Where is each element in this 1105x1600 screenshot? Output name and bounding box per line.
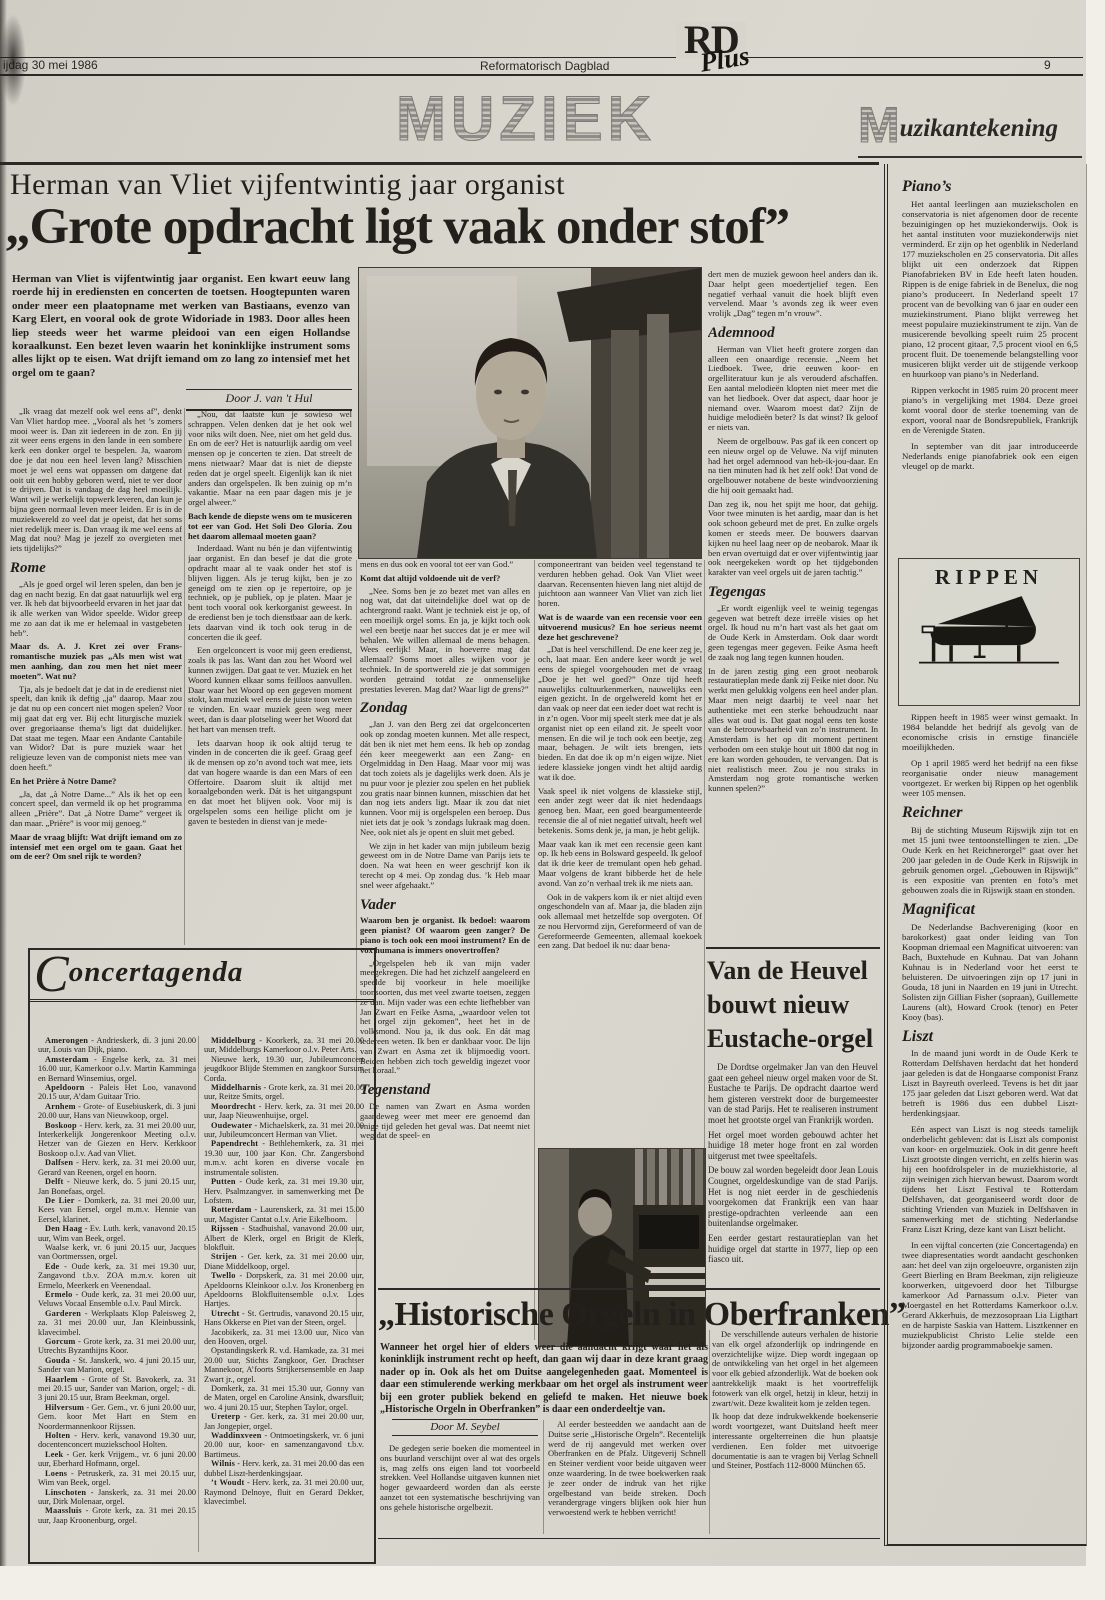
agenda-entry: Ermelo - Oude kerk, za. 31 mei 20.00 uur… <box>38 1290 196 1309</box>
oberfranken-rule-top <box>378 1288 880 1290</box>
agenda-entry: Opstandingskerk R. v.d. Hamkade, za. 31 … <box>204 1346 364 1384</box>
concertagenda-box: Concertagenda Amerongen - Andrieskerk, d… <box>28 948 376 1564</box>
agenda-entry: Haarlem - Grote of St. Bavokerk, za. 31 … <box>38 1375 196 1403</box>
rippen-ad: RIPPEN <box>898 558 1080 706</box>
agenda-entry: Den Haag - Ev. Luth. kerk, vanavond 20.1… <box>38 1224 196 1243</box>
body-paragraph: Neem de orgelbouw. Pas gaf ik een concer… <box>708 437 878 496</box>
masthead-newspaper-name: Reformatorisch Dagblad <box>480 59 609 73</box>
muziekantekening-logo: Muzikantekening <box>858 96 1082 158</box>
agenda-entry: Ureterp - Ger. kerk, za. 31 mei 20.00 uu… <box>204 1412 364 1431</box>
article-intro: Herman van Vliet is vijfentwintig jaar o… <box>12 273 350 383</box>
body-paragraph: Ik hoop dat deze indrukwekkende boekense… <box>712 1412 878 1471</box>
article-column-1: „Ik vraag dat mezelf ook wel eens af”, d… <box>10 407 182 945</box>
body-paragraph: Dan zeg ik, nou het spijt me hoor, dat g… <box>708 500 878 578</box>
agenda-entry: Middelharnis - Grote kerk, za. 31 mei 20… <box>204 1083 364 1102</box>
agenda-entry: Hilversum - Ger. Gem., vr. 6 juni 20.00 … <box>38 1403 196 1431</box>
heuvel-title-line: bouwt nieuw <box>707 988 873 1022</box>
body-paragraph: Het orgel moet worden gebouwd achter het… <box>708 1130 878 1162</box>
body-paragraph: Iets daarvan hoop ik ook altijd terug te… <box>188 739 352 827</box>
body-paragraph: De namen van Zwart en Asma worden gaande… <box>360 1102 530 1141</box>
agenda-entry: Wilnis - Herv. kerk, za. 31 mei 20.00 da… <box>204 1459 364 1478</box>
oberfranken-column-a: De gedegen serie boeken die momenteel in… <box>380 1444 540 1534</box>
interview-question: Bach kende de diepste wens om te musicer… <box>188 512 352 541</box>
agenda-entry: Middelburg - Koorkerk, za. 31 mei 20.00 … <box>204 1036 364 1055</box>
article-headline: „Grote opdracht ligt vaak onder stof” <box>5 202 881 253</box>
agenda-entry: Moordrecht - Herv. kerk, za. 31 mei 20.0… <box>204 1102 364 1121</box>
body-paragraph: In een vijftal concerten (zie Concertage… <box>902 1240 1078 1350</box>
body-paragraph: „Er wordt eigenlijk veel te weinig tegen… <box>708 604 878 663</box>
body-paragraph: Vaak speel ik niet volgens de klassieke … <box>538 787 702 836</box>
scan-edge-shadow <box>0 0 7 1566</box>
section-subhead: Magnificat <box>902 902 1078 919</box>
body-paragraph: De gedegen serie boeken die momenteel in… <box>380 1444 540 1513</box>
rippen-brand-name: RIPPEN <box>899 565 1079 590</box>
agenda-entry: Amerongen - Andrieskerk, di. 3 juni 20.0… <box>38 1036 196 1055</box>
sidebar-top-blocks: Piano’sHet aantal leerlingen aan muzieks… <box>902 172 1078 552</box>
body-paragraph: „Dat is heel verschillend. De ene keer z… <box>538 645 702 782</box>
oberfranken-byline: Door M. Seybel <box>392 1419 538 1436</box>
agenda-entry: Utrecht - St. Gertrudis, vanavond 20.15 … <box>204 1309 364 1328</box>
muziekantekening-rest: uzikantekening <box>900 115 1058 142</box>
body-paragraph: De Dordtse orgelmaker Jan van den Heuvel… <box>708 1062 878 1126</box>
concertagenda-rest: oncertagenda <box>69 956 244 988</box>
agenda-entry: Leek - Ger. kerk Vrijgem., vr. 6 juni 20… <box>38 1450 196 1469</box>
agenda-entry: Garderen - Werkplaats Klop Paleisweg 2, … <box>38 1309 196 1337</box>
body-paragraph: In de jaren zestig ging een groot neobar… <box>708 667 878 794</box>
agenda-entry: Ede - Oude kerk, za. 31 mei 19.30 uur, Z… <box>38 1262 196 1290</box>
column-divider <box>543 1420 544 1534</box>
agenda-entry: Waalse kerk, vr. 6 juni 20.15 uur, Jacqu… <box>38 1243 196 1262</box>
section-divider-rule <box>0 162 879 165</box>
article-column-2: „Nou, dat laatste kun je sowieso wel sch… <box>188 410 352 950</box>
body-paragraph: „Ja, dat „à Notre Dame...” Als ik het op… <box>10 790 182 829</box>
agenda-entry: Amsterdam - Engelse kerk, za. 31 mei 16.… <box>38 1055 196 1083</box>
body-paragraph: componeertrant van beiden veel tegenstan… <box>538 560 702 609</box>
section-subhead: Tegengas <box>708 585 878 601</box>
body-paragraph: Inderdaad. Want nu bén je dan vijfentwin… <box>188 544 352 642</box>
body-paragraph: Op 1 april 1985 werd het bedrijf na een … <box>902 758 1078 798</box>
interview-question: Maar ds. A. J. Kret zei over Frans-roman… <box>10 642 182 681</box>
column-divider <box>534 560 535 1340</box>
body-paragraph: Herman van Vliet heeft grotere zorgen da… <box>708 345 878 433</box>
agenda-entry: Oudewater - Michaelskerk, za. 31 mei 20.… <box>204 1121 364 1140</box>
body-paragraph: Een eerder gestart restauratieplan van h… <box>708 1233 878 1265</box>
agenda-entry: Arnhem - Grote- of Eusebiuskerk, di. 3 j… <box>38 1102 196 1121</box>
agenda-entry: Holten - Herv. kerk, vanavond 19.30 uur,… <box>38 1431 196 1450</box>
body-paragraph: „Ik vraag dat mezelf ook wel eens af”, d… <box>10 407 182 554</box>
section-subhead: Rome <box>10 561 182 577</box>
agenda-entry: Apeldoorn - Paleis Het Loo, vanavond 20.… <box>38 1083 196 1102</box>
heuvel-title-line: Van de Heuvel <box>707 954 873 988</box>
body-paragraph: mens en dus ook en vooral tot eer van Go… <box>360 560 530 570</box>
article-kicker: Herman van Vliet vijfentwintig jaar orga… <box>10 168 565 202</box>
agenda-entry: Dalfsen - Herv. kerk, za. 31 mei 20.00 u… <box>38 1158 196 1177</box>
agenda-entry: Rijssen - Stadhuishal, vanavond 20.00 uu… <box>204 1224 364 1252</box>
section-subhead: Liszt <box>902 1029 1078 1046</box>
body-paragraph: In de maand juni wordt in de Oude Kerk t… <box>902 1048 1078 1118</box>
column-divider <box>184 408 185 945</box>
masthead-rule-top <box>0 57 1083 58</box>
masthead-page-number: 9 <box>1044 58 1051 72</box>
article-byline: Door J. van 't Hul <box>186 389 352 411</box>
interview-question: En het Prière à Notre Dame? <box>10 777 182 787</box>
muziekantekening-initial: M <box>858 97 900 153</box>
body-paragraph: Tja, als je bedoelt dat je dat in de ere… <box>10 685 182 773</box>
body-paragraph: Al eerder besteedden we aandacht aan de … <box>548 1420 706 1518</box>
oberfranken-column-c: De verschillende auteurs verhalen de his… <box>712 1330 878 1534</box>
rd-plus-logo-script: Plus <box>698 40 752 78</box>
agenda-entry: Linschoten - Janskerk, za. 31 mei 20.00 … <box>38 1488 196 1507</box>
body-paragraph: „Nee. Soms ben je zo bezet met van alles… <box>360 587 530 695</box>
section-subhead: Ademnood <box>708 326 878 342</box>
body-paragraph: We zijn in het kader van mijn jubileum b… <box>360 842 530 891</box>
concertagenda-column-1: Amerongen - Andrieskerk, di. 3 juni 20.0… <box>38 1036 196 1552</box>
portrait-illustration <box>359 268 701 558</box>
section-subhead: Piano’s <box>902 179 1078 196</box>
body-paragraph: Rippen verkocht in 1985 ruim 20 procent … <box>902 385 1078 435</box>
article-column-4: componeertrant van beiden veel tegenstan… <box>538 560 702 1142</box>
interview-question: Komt dat altijd voldoende uit de verf? <box>360 574 530 584</box>
agenda-entry: De Lier - Domkerk, za. 31 mei 20.00 uur,… <box>38 1196 196 1224</box>
body-paragraph: Maar vaak kan ik met een recensie geen k… <box>538 840 702 889</box>
body-paragraph: Eén aspect van Liszt is nog steeds tamel… <box>902 1124 1078 1234</box>
masthead-rule-bottom <box>0 74 1083 76</box>
agenda-entry: Papendrecht - Bethlehemkerk, za. 31 mei … <box>204 1139 364 1177</box>
agenda-entry: Putten - Oude kerk, za. 31 mei 19.30 uur… <box>204 1177 364 1205</box>
heuvel-rule <box>706 947 880 949</box>
agenda-entry: Gorcum - Grote kerk, za. 31 mei 20.00 uu… <box>38 1337 196 1356</box>
body-paragraph: „Als je goed orgel wil leren spelen, dan… <box>10 580 182 639</box>
van-vliet-portrait-photo <box>358 267 702 559</box>
agenda-entry: Domkerk, za. 31 mei 15.30 uur, Gonny van… <box>204 1384 364 1412</box>
body-paragraph: De verschillende auteurs verhalen de his… <box>712 1330 878 1408</box>
newspaper-page: ijdag 30 mei 1986 Reformatorisch Dagblad… <box>0 0 1086 1566</box>
sidebar-bottom-blocks: Rippen heeft in 1985 weer winst gemaakt.… <box>902 712 1078 1538</box>
body-paragraph: „Jan J. van den Berg zei dat orgelconcer… <box>360 720 530 838</box>
column-divider <box>709 1330 710 1534</box>
article-column-3: mens en dus ook en vooral tot eer van Go… <box>360 560 530 1332</box>
oberfranken-column-b: Al eerder besteedden we aandacht aan de … <box>548 1420 706 1534</box>
column-divider <box>198 1036 199 1552</box>
body-paragraph: Een orgelconcert is voor mij geen eredie… <box>188 646 352 734</box>
concertagenda-column-2: Middelburg - Koorkerk, za. 31 mei 20.00 … <box>204 1036 364 1552</box>
agenda-entry: Loens - Petruskerk, za. 31 mei 20.15 uur… <box>38 1469 196 1488</box>
interview-question: Waarom ben je organist. Ik bedoel: waaro… <box>360 916 530 955</box>
interview-question: Wat is de waarde van een recensie voor e… <box>538 613 702 642</box>
oberfranken-rule-bottom <box>378 1538 880 1539</box>
body-paragraph: „Nou, dat laatste kun je sowieso wel sch… <box>188 410 352 508</box>
agenda-entry: Delft - Nieuwe kerk, do. 5 juni 20.15 uu… <box>38 1177 196 1196</box>
agenda-entry: Twello - Dorpskerk, za. 31 mei 20.00 uur… <box>204 1271 364 1309</box>
body-paragraph: De Nederlandse Bachvereniging (koor en b… <box>902 922 1078 1022</box>
section-title-muziek: MUZIEK <box>396 82 656 154</box>
body-paragraph: De bouw zal worden begeleidt door Jean L… <box>708 1165 878 1229</box>
agenda-entry: Nieuwe kerk, 19.30 uur, Jubileumconcert … <box>204 1055 364 1083</box>
agenda-entry: ’t Woudt - Herv. kerk, za. 31 mei 20.00 … <box>204 1478 364 1506</box>
agenda-entry: Gouda - St. Janskerk, wo. 4 juni 20.15 u… <box>38 1356 196 1375</box>
section-subhead: Tegenstand <box>360 1083 530 1099</box>
agenda-entry: Waddinxveen - Ontmoetingskerk, vr. 6 jun… <box>204 1431 364 1459</box>
body-paragraph: Bij de stichting Museum Rijswijk zijn to… <box>902 825 1078 895</box>
body-paragraph: Rippen heeft in 1985 weer winst gemaakt.… <box>902 712 1078 752</box>
body-paragraph: Ook in de vakpers kom ik er niet altijd … <box>538 893 702 952</box>
agenda-entry: Maassluis - Grote kerk, za. 31 mei 20.15… <box>38 1506 196 1525</box>
section-subhead: Zondag <box>360 701 530 717</box>
oberfranken-headline: „Historische Orgeln in Oberfranken” <box>378 1296 880 1334</box>
agenda-entry: Rotterdam - Laurenskerk, za. 31 mei 15.0… <box>204 1205 364 1224</box>
concertagenda-title: Concertagenda <box>30 950 374 1002</box>
oberfranken-intro: Wanneer het orgel hier of elders weer di… <box>380 1342 708 1416</box>
body-paragraph: dert men de muziek gewoon heel anders da… <box>708 270 878 319</box>
article-column-5: dert men de muziek gewoon heel anders da… <box>708 270 878 944</box>
heuvel-title-line: Eustache-orgel <box>707 1022 873 1056</box>
interview-question: Maar de vraag blijft: Wat drijft iemand … <box>10 833 182 862</box>
heuvel-headline: Van de Heuvel bouwt nieuw Eustache-orgel <box>707 954 873 1056</box>
agenda-entry: Boskoop - Herv. kerk, za. 31 mei 20.00 u… <box>38 1121 196 1159</box>
section-subhead: Vader <box>360 898 530 914</box>
body-paragraph: In september van dit jaar introduceerde … <box>902 441 1078 471</box>
body-paragraph: „Orgelspelen heb ik van mijn vader meege… <box>360 959 530 1077</box>
body-paragraph: Het aantal leerlingen aan muziekscholen … <box>902 199 1078 379</box>
section-subhead: Reichner <box>902 805 1078 822</box>
scan-blotch <box>0 14 26 106</box>
agenda-entry: Jacobikerk, za. 31 mei 13.00 uur, Nico v… <box>204 1328 364 1347</box>
rippen-piano-illustration <box>919 590 1059 670</box>
concertagenda-initial: C <box>34 946 69 1003</box>
agenda-entry: Strijen - Ger. kerk, za. 31 mei 20.00 uu… <box>204 1252 364 1271</box>
